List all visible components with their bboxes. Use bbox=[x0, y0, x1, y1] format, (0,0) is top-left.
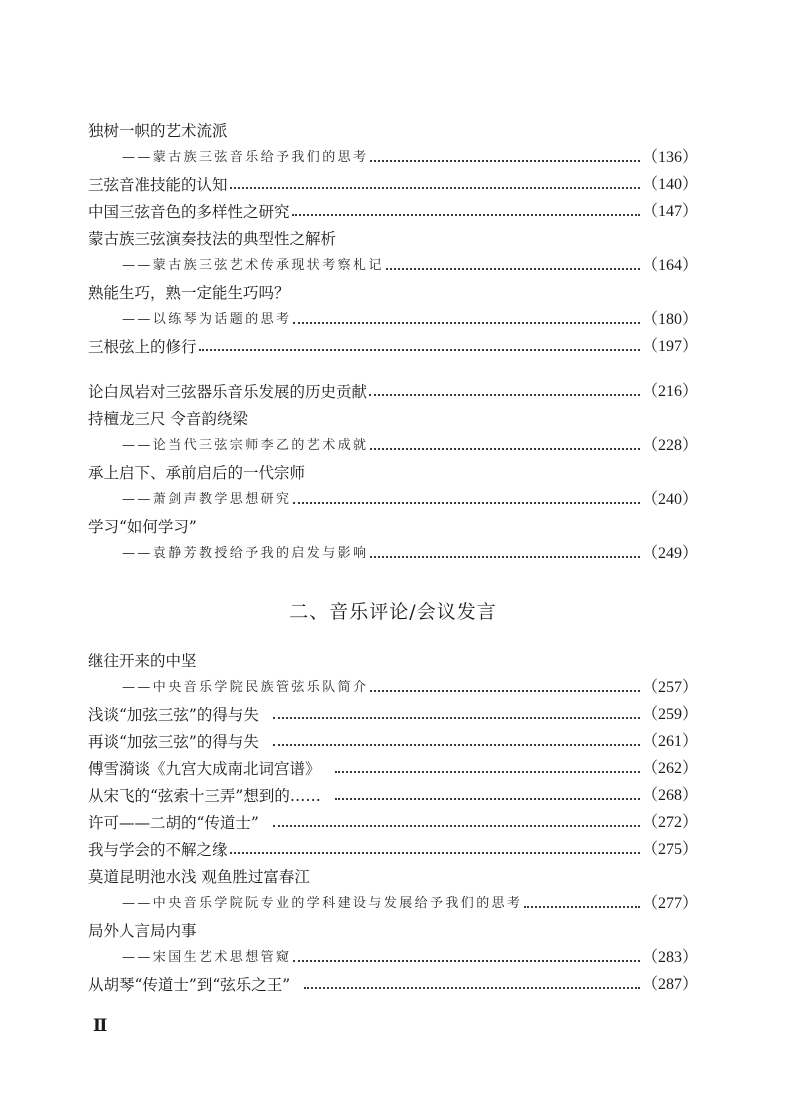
page-number: （261） bbox=[642, 729, 698, 755]
leader-dots bbox=[370, 145, 640, 171]
toc-entry[interactable]: 三弦音准技能的认知 （140） bbox=[88, 172, 698, 198]
toc-entry[interactable]: 中国三弦音色的多样性之研究 （147） bbox=[88, 199, 698, 225]
page-number: （287） bbox=[642, 972, 698, 998]
leader-dots bbox=[369, 379, 640, 405]
toc-entry[interactable]: 我与学会的不解之缘 （275） bbox=[88, 837, 698, 863]
page-number: （197） bbox=[642, 334, 698, 360]
page-number: （262） bbox=[642, 756, 698, 782]
toc-entry-subtitle[interactable]: ——宋国生艺术思想管窥 （283） bbox=[88, 945, 698, 971]
leader-dots bbox=[335, 756, 640, 782]
leader-dots bbox=[524, 891, 640, 917]
page-number: （180） bbox=[642, 307, 698, 333]
leader-dots bbox=[199, 334, 640, 360]
toc-entry[interactable]: 从胡琴“传道士”到“弦乐之王” （287） bbox=[88, 972, 698, 998]
toc-entry-subtitle[interactable]: ——蒙古族三弦音乐给予我们的思考 （136） bbox=[88, 145, 698, 171]
page-number: （257） bbox=[642, 675, 698, 701]
page-number: （147） bbox=[642, 199, 698, 225]
leader-dots bbox=[293, 487, 640, 513]
leader-dots bbox=[370, 541, 640, 567]
toc-entry[interactable]: 傅雪漪谈《九宫大成南北词宫谱》 （262） bbox=[88, 756, 698, 782]
toc-entry-subtitle[interactable]: ——论当代三弦宗师李乙的艺术成就 （228） bbox=[88, 433, 698, 459]
toc-entry[interactable]: 三根弦上的修行 （197） bbox=[88, 334, 698, 360]
toc-entry-subtitle[interactable]: ——萧剑声教学思想研究 （240） bbox=[88, 487, 698, 513]
toc-entry-subtitle[interactable]: ——以练琴为话题的思考 （180） bbox=[88, 307, 698, 333]
toc-entry-subtitle[interactable]: ——蒙古族三弦艺术传承现状考察札记 （164） bbox=[88, 253, 698, 279]
section-heading: 二、音乐评论/会议发言 bbox=[88, 598, 698, 626]
page-number: （136） bbox=[642, 145, 698, 171]
leader-dots bbox=[304, 972, 640, 998]
leader-dots bbox=[386, 253, 640, 279]
toc-entry-title[interactable]: 熟能生巧，熟一定能生巧吗？ bbox=[88, 280, 698, 306]
toc-entry[interactable]: 浅谈“加弦三弦”的得与失 （259） bbox=[88, 702, 698, 728]
leader-dots bbox=[230, 172, 640, 198]
page-number: （283） bbox=[642, 945, 698, 971]
page-number: （249） bbox=[642, 541, 698, 567]
toc-entry-subtitle[interactable]: ——袁静芳教授给予我的启发与影响 （249） bbox=[88, 541, 698, 567]
toc-entry-title[interactable]: 学习“如何学习” bbox=[88, 514, 698, 540]
toc-entry-title[interactable]: 独树一帜的艺术流派 bbox=[88, 118, 698, 144]
page-number: （277） bbox=[642, 891, 698, 917]
toc-entry-subtitle[interactable]: ——中央音乐学院阮专业的学科建设与发展给予我们的思考 （277） bbox=[88, 891, 698, 917]
page-number: （228） bbox=[642, 433, 698, 459]
page-number: （216） bbox=[642, 379, 698, 405]
page-number: （275） bbox=[642, 837, 698, 863]
leader-dots bbox=[273, 810, 640, 836]
leader-dots bbox=[230, 837, 640, 863]
page-number: （272） bbox=[642, 810, 698, 836]
toc-entry[interactable]: 从宋飞的“弦索十三弄”想到的…… （268） bbox=[88, 783, 698, 809]
leader-dots bbox=[370, 433, 640, 459]
leader-dots bbox=[370, 675, 640, 701]
toc-entry[interactable]: 再谈“加弦三弦”的得与失 （261） bbox=[88, 729, 698, 755]
leader-dots bbox=[335, 783, 640, 809]
toc-entry-title[interactable]: 局外人言局内事 bbox=[88, 918, 698, 944]
page-number: （259） bbox=[642, 702, 698, 728]
page-folio: Ⅱ bbox=[93, 1016, 107, 1036]
leader-dots bbox=[273, 702, 640, 728]
toc-entry[interactable]: 许可——二胡的“传道士” （272） bbox=[88, 810, 698, 836]
page-number: （140） bbox=[642, 172, 698, 198]
toc-entry[interactable]: 论白凤岩对三弦器乐音乐发展的历史贡献 （216） bbox=[88, 379, 698, 405]
leader-dots bbox=[293, 945, 640, 971]
page-number: （268） bbox=[642, 783, 698, 809]
toc-entry-title[interactable]: 继往开来的中坚 bbox=[88, 648, 698, 674]
page-number: （240） bbox=[642, 487, 698, 513]
toc-entry-title[interactable]: 莫道昆明池水浅 观鱼胜过富春江 bbox=[88, 864, 698, 890]
toc-entry-title[interactable]: 蒙古族三弦演奏技法的典型性之解析 bbox=[88, 226, 698, 252]
toc-entry-subtitle[interactable]: ——中央音乐学院民族管弦乐队简介 （257） bbox=[88, 675, 698, 701]
toc-entry-title[interactable]: 持檀龙三尺 令音韵绕梁 bbox=[88, 406, 698, 432]
leader-dots bbox=[293, 307, 640, 333]
toc-entry-title[interactable]: 承上启下、承前启后的一代宗师 bbox=[88, 460, 698, 486]
page-number: （164） bbox=[642, 253, 698, 279]
leader-dots bbox=[292, 199, 640, 225]
leader-dots bbox=[273, 729, 640, 755]
